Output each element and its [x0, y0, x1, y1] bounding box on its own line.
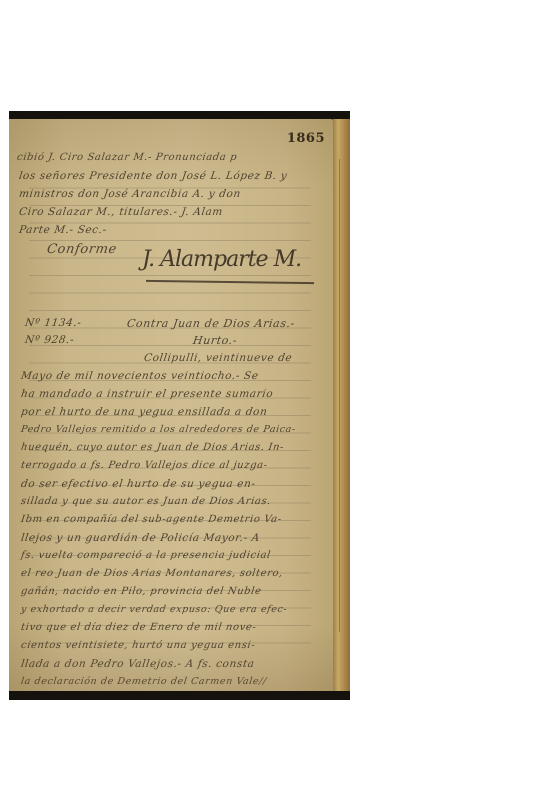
- conforme-label: Conforme: [46, 242, 118, 257]
- body-line-13: el reo Juan de Dios Arias Montanares, so…: [20, 568, 283, 579]
- body-line-6: huequén, cuyo autor es Juan de Dios Aria…: [20, 442, 285, 453]
- upper-line-5: Parte M.- Sec.-: [18, 224, 107, 236]
- body-line-4: por el hurto de una yegua ensillada a do…: [20, 406, 268, 418]
- body-line-11: llejos y un guardián de Policía Mayor.- …: [20, 532, 261, 544]
- body-line-18: llada a don Pedro Vallejos.- A fs. const…: [20, 658, 255, 670]
- body-line-17: cientos veintisiete, hurtó una yegua ens…: [20, 640, 256, 651]
- upper-entry: cibió J. Ciro Salazar M.- Pronunciada p …: [9, 119, 333, 692]
- upper-line-4: Ciro Salazar M., titulares.- J. Alam: [18, 206, 224, 218]
- page-number: 1865: [287, 131, 325, 146]
- entry-number: Nº 1134.-: [24, 317, 82, 329]
- body-line-5: Pedro Vallejos remitido a los alrededore…: [20, 424, 296, 435]
- case-entry: Nº 1134.- Nº 928.- Contra Juan de Dios A…: [9, 119, 333, 692]
- signature-underline: [146, 280, 314, 284]
- body-line-2: Mayo de mil novecientos veintiocho.- Se: [20, 370, 259, 382]
- upper-line-1: cibió J. Ciro Salazar M.- Pronunciada p: [16, 152, 238, 163]
- body-line-8: do ser efectivo el hurto de su yegua en-: [20, 478, 256, 490]
- body-line-10: Ibm en compañía del sub-agente Demetrio …: [20, 514, 282, 525]
- page-edge: [333, 119, 350, 692]
- body-line-16: tivo que el día diez de Enero de mil nov…: [20, 622, 257, 633]
- body-line-1: Collipulli, veintinueve de: [143, 352, 293, 364]
- scan-bottom-border: [9, 691, 350, 700]
- entry-heading-parties: Contra Juan de Dios Arias.-: [126, 317, 296, 330]
- body-line-19: la declaración de Demetrio del Carmen Va…: [20, 676, 267, 687]
- body-line-3: ha mandado a instruir el presente sumari…: [20, 388, 274, 400]
- document-scan: 1865 cibió J. Ciro Salazar M.- Pronuncia…: [9, 111, 350, 700]
- ledger-page: 1865 cibió J. Ciro Salazar M.- Pronuncia…: [9, 119, 333, 692]
- signature: J. Alamparte M.: [142, 247, 301, 272]
- body-line-7: terrogado a fs. Pedro Vallejos dice al j…: [20, 460, 268, 471]
- body-line-12: fs. vuelta compareció a la presencia jud…: [20, 550, 271, 561]
- entry-heading-subject: Hurto.-: [192, 334, 238, 347]
- entry-reference: Nº 928.-: [24, 334, 75, 346]
- upper-line-3: ministros don José Arancibia A. y don: [18, 188, 241, 200]
- ruled-lines: [29, 171, 311, 660]
- body-line-14: gañán, nacido en Pilo, provincia del Nub…: [20, 586, 262, 597]
- upper-line-2: los señores Presidente don José L. López…: [18, 170, 288, 182]
- body-line-15: y exhortado a decir verdad expuso: Que e…: [20, 604, 288, 615]
- body-line-9: sillada y que su autor es Juan de Dios A…: [20, 496, 271, 507]
